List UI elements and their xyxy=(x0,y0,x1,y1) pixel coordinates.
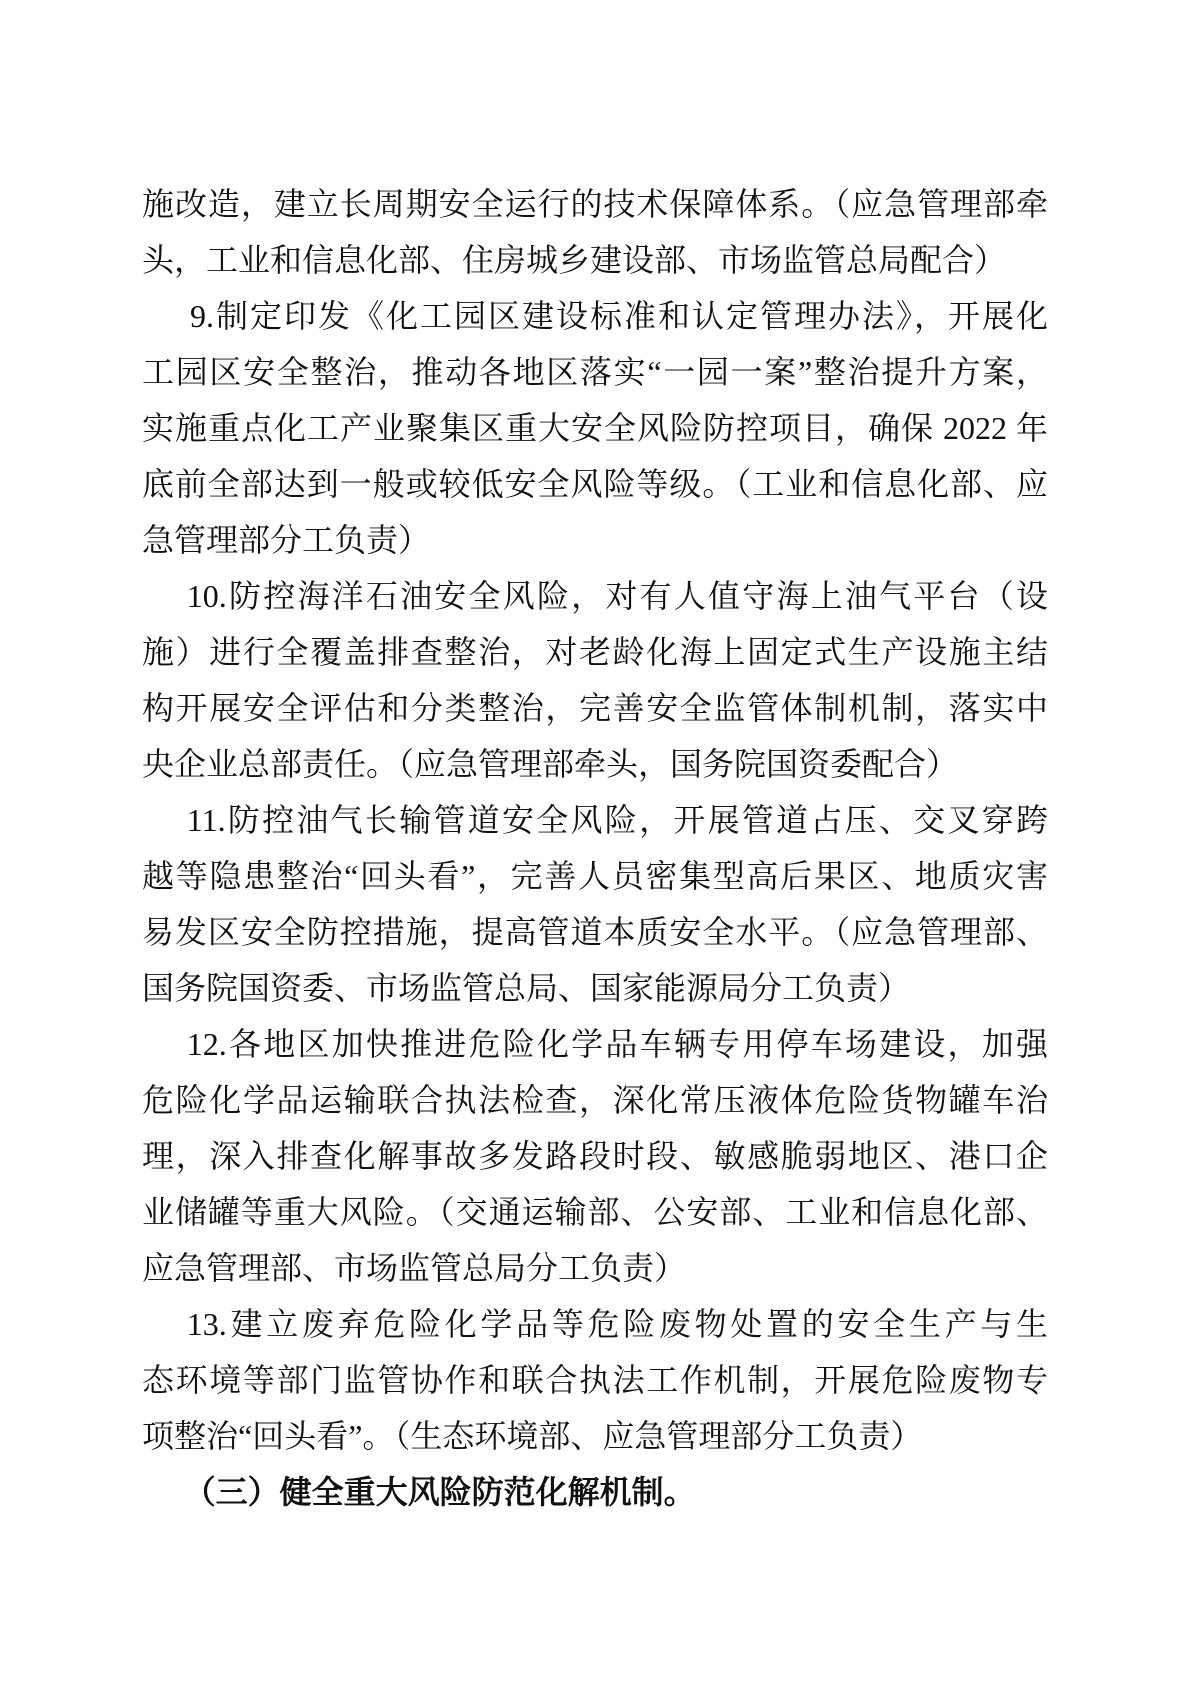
text-line: 10.防控海洋石油安全风险，对有人值守海上油气平台（设 xyxy=(142,568,1048,624)
text-line: 9.制定印发《化工园区建设标准和认定管理办法》，开展化 xyxy=(142,288,1048,344)
text-line: 理，深入排查化解事故多发路段时段、敏感脆弱地区、港口企 xyxy=(142,1128,1048,1184)
text-line: 态环境等部门监管协作和联合执法工作机制，开展危险废物专 xyxy=(142,1352,1048,1408)
text-line: 应急管理部、市场监管总局分工负责） xyxy=(142,1240,1048,1296)
text-line: （三）健全重大风险防范化解机制。 xyxy=(142,1464,1048,1520)
text-line: 项整治“回头看”。（生态环境部、应急管理部分工负责） xyxy=(142,1408,1048,1464)
text-line: 急管理部分工负责） xyxy=(142,512,1048,568)
text-line: 越等隐患整治“回头看”，完善人员密集型高后果区、地质灾害 xyxy=(142,848,1048,904)
text-line: 实施重点化工产业聚集区重大安全风险防控项目，确保 2022 年 xyxy=(142,400,1048,456)
text-line: 危险化学品运输联合执法检查，深化常压液体危险货物罐车治 xyxy=(142,1072,1048,1128)
text-line: 央企业总部责任。（应急管理部牵头，国务院国资委配合） xyxy=(142,736,1048,792)
text-line: 11.防控油气长输管道安全风险，开展管道占压、交叉穿跨 xyxy=(142,792,1048,848)
text-line: 12.各地区加快推进危险化学品车辆专用停车场建设，加强 xyxy=(142,1016,1048,1072)
text-line: 施改造，建立长周期安全运行的技术保障体系。（应急管理部牵 xyxy=(142,176,1048,232)
text-line: 易发区安全防控措施，提高管道本质安全水平。（应急管理部、 xyxy=(142,904,1048,960)
document-body: 施改造，建立长周期安全运行的技术保障体系。（应急管理部牵头，工业和信息化部、住房… xyxy=(142,176,1048,1520)
text-line: 13.建立废弃危险化学品等危险废物处置的安全生产与生 xyxy=(142,1296,1048,1352)
text-line: 工园区安全整治，推动各地区落实“一园一案”整治提升方案， xyxy=(142,344,1048,400)
text-line: 施）进行全覆盖排查整治，对老龄化海上固定式生产设施主结 xyxy=(142,624,1048,680)
text-line: 国务院国资委、市场监管总局、国家能源局分工负责） xyxy=(142,960,1048,1016)
text-line: 头，工业和信息化部、住房城乡建设部、市场监管总局配合） xyxy=(142,232,1048,288)
text-line: 构开展安全评估和分类整治，完善安全监管体制机制，落实中 xyxy=(142,680,1048,736)
text-line: 业储罐等重大风险。（交通运输部、公安部、工业和信息化部、 xyxy=(142,1184,1048,1240)
text-line: 底前全部达到一般或较低安全风险等级。（工业和信息化部、应 xyxy=(142,456,1048,512)
document-page: 施改造，建立长周期安全运行的技术保障体系。（应急管理部牵头，工业和信息化部、住房… xyxy=(0,0,1190,1683)
